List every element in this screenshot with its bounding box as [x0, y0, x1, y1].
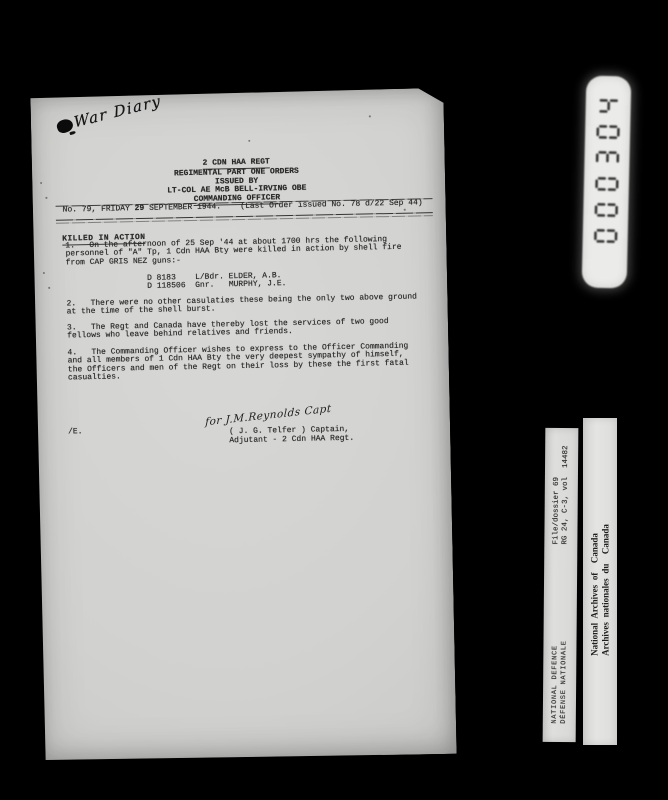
paper-speck	[45, 197, 47, 199]
casualty-list: D 8183 L/Bdr. ELDER, A.B. D 118506 Gnr. …	[147, 272, 287, 292]
rg-volume-text: RG 24, C-3, vol 14482	[561, 445, 571, 544]
counter-digits	[593, 99, 620, 244]
paragraph-3: 3. The Regt and Canada have thereby lost…	[67, 318, 389, 342]
paragraph-4: 4. The Commanding Officer wishes to expr…	[67, 342, 408, 383]
national-defence-en: NATIONAL DEFENCE	[550, 640, 560, 723]
paragraph-1: 1. On the afternoon of 25 Sep '44 at abo…	[65, 235, 402, 268]
archives-en: National Archives of Canada	[590, 524, 601, 656]
paper-speck	[48, 287, 50, 289]
casualty-line: D 118506 Gnr. MURPHY, J.E.	[147, 280, 286, 291]
paper-speck	[248, 140, 250, 142]
signature-role: Adjutant - 2 Cdn HAA Regt.	[229, 434, 354, 445]
paper-speck	[40, 182, 42, 184]
national-defence-fr: DÉFENSE NATIONALE	[559, 640, 569, 723]
archives-fr: Archives nationales du Canada	[600, 524, 611, 656]
file-reference-label: RG 24, C-3, vol 14482 File/dossier 69	[552, 445, 571, 544]
ink-blot	[55, 117, 74, 135]
national-defence-label: NATIONAL DEFENCE DÉFENSE NATIONALE	[550, 640, 569, 723]
paper-speck	[369, 115, 371, 117]
paragraph-2: 2. There were no other casulaties these …	[66, 293, 417, 317]
paper-speck	[43, 272, 45, 274]
handwritten-signature: for J.M.Reynolds Capt	[205, 403, 332, 429]
order-day: 29	[135, 204, 145, 213]
archive-reference-strip: RG 24, C-3, vol 14482 File/dossier 69 NA…	[543, 428, 579, 742]
file-dossier-text: File/dossier 69	[552, 445, 562, 544]
signature-block: ( J. G. Telfer ) Captain, Adjutant - 2 C…	[229, 426, 354, 446]
war-diary-annotation: War Diary	[73, 92, 163, 132]
frame-counter-strip	[582, 76, 632, 289]
archives-canada-strip: National Archives of Canada Archives nat…	[583, 418, 617, 745]
archives-canada-label: National Archives of Canada Archives nat…	[590, 524, 611, 656]
paper-speck	[404, 209, 406, 211]
microfilm-scan: War Diary 2 CDN HAA REGT REGIMENTAL PART…	[0, 0, 668, 800]
file-reference-mark: /E.	[68, 428, 83, 437]
document-page: War Diary 2 CDN HAA REGT REGIMENTAL PART…	[30, 88, 456, 762]
